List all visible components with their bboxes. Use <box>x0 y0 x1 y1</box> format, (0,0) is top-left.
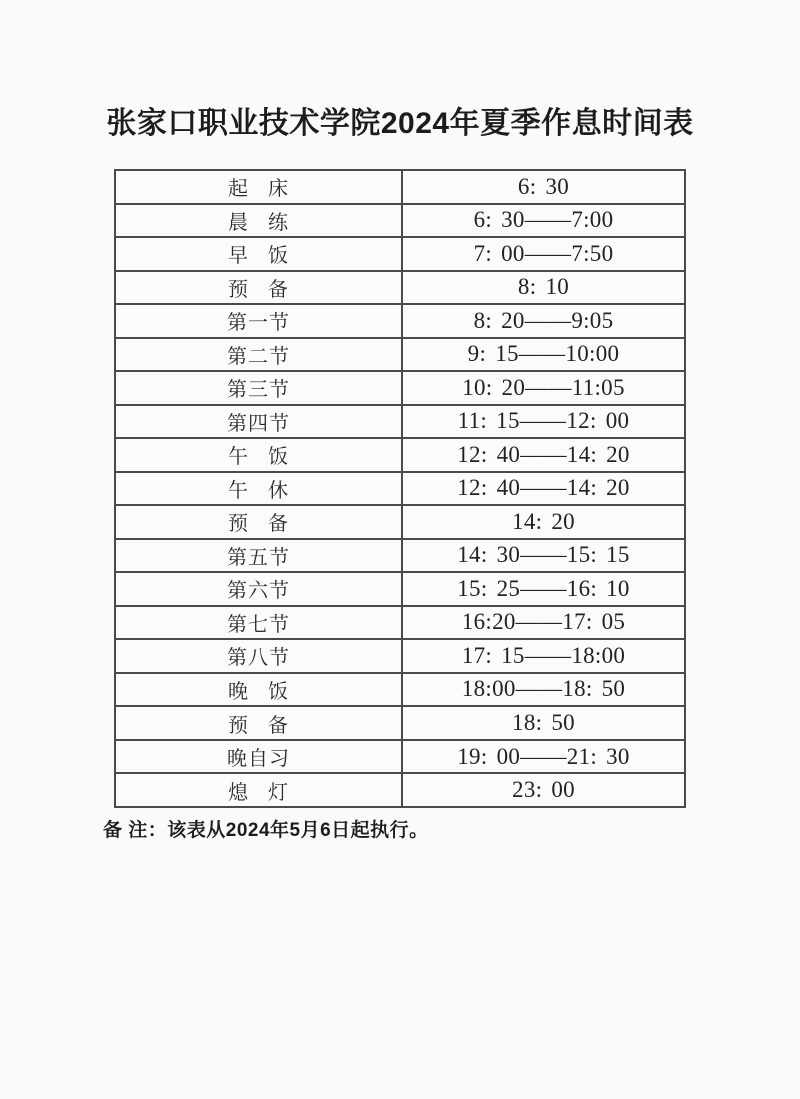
activity-cell: 熄 灯 <box>115 773 402 807</box>
activity-cell: 晚自习 <box>115 740 402 774</box>
time-cell: 6: 30 <box>402 170 685 204</box>
table-row: 第二节 9: 15——10:00 <box>115 338 685 372</box>
table-row: 第六节 15: 25——16: 10 <box>115 572 685 606</box>
time-cell: 9: 15——10:00 <box>402 338 685 372</box>
table-row: 午 饭 12: 40——14: 20 <box>115 438 685 472</box>
page-title: 张家口职业技术学院2024年夏季作息时间表 <box>0 106 800 142</box>
document-page: 张家口职业技术学院2024年夏季作息时间表 起 床 6: 30 晨 练 6: 3… <box>0 0 800 1099</box>
table-row: 晨 练 6: 30——7:00 <box>115 204 685 238</box>
activity-cell: 预 备 <box>115 505 402 539</box>
table-row: 第八节 17: 15——18:00 <box>115 639 685 673</box>
time-cell: 16:20——17: 05 <box>402 606 685 640</box>
table-row: 起 床 6: 30 <box>115 170 685 204</box>
activity-cell: 预 备 <box>115 271 402 305</box>
activity-cell: 预 备 <box>115 706 402 740</box>
activity-cell: 第七节 <box>115 606 402 640</box>
time-cell: 18:00——18: 50 <box>402 673 685 707</box>
table-row: 第七节 16:20——17: 05 <box>115 606 685 640</box>
activity-cell: 第一节 <box>115 304 402 338</box>
time-cell: 19: 00——21: 30 <box>402 740 685 774</box>
time-cell: 23: 00 <box>402 773 685 807</box>
activity-cell: 午 饭 <box>115 438 402 472</box>
time-cell: 14: 20 <box>402 505 685 539</box>
time-cell: 7: 00——7:50 <box>402 237 685 271</box>
time-cell: 17: 15——18:00 <box>402 639 685 673</box>
schedule-table-body: 起 床 6: 30 晨 练 6: 30——7:00 早 饭 7: 00——7:5… <box>115 170 685 807</box>
time-cell: 12: 40——14: 20 <box>402 438 685 472</box>
activity-cell: 晚 饭 <box>115 673 402 707</box>
table-row: 第一节 8: 20——9:05 <box>115 304 685 338</box>
activity-cell: 早 饭 <box>115 237 402 271</box>
activity-cell: 第四节 <box>115 405 402 439</box>
time-cell: 14: 30——15: 15 <box>402 539 685 573</box>
time-cell: 6: 30——7:00 <box>402 204 685 238</box>
table-row: 第三节 10: 20——11:05 <box>115 371 685 405</box>
table-row: 晚自习 19: 00——21: 30 <box>115 740 685 774</box>
activity-cell: 第六节 <box>115 572 402 606</box>
table-row: 晚 饭 18:00——18: 50 <box>115 673 685 707</box>
activity-cell: 第二节 <box>115 338 402 372</box>
time-cell: 12: 40——14: 20 <box>402 472 685 506</box>
time-cell: 11: 15——12: 00 <box>402 405 685 439</box>
table-row: 第四节 11: 15——12: 00 <box>115 405 685 439</box>
table-row: 午 休 12: 40——14: 20 <box>115 472 685 506</box>
time-cell: 15: 25——16: 10 <box>402 572 685 606</box>
activity-cell: 第五节 <box>115 539 402 573</box>
table-row: 早 饭 7: 00——7:50 <box>115 237 685 271</box>
activity-cell: 晨 练 <box>115 204 402 238</box>
table-row: 第五节 14: 30——15: 15 <box>115 539 685 573</box>
table-row: 预 备 8: 10 <box>115 271 685 305</box>
time-cell: 8: 20——9:05 <box>402 304 685 338</box>
time-cell: 8: 10 <box>402 271 685 305</box>
schedule-table: 起 床 6: 30 晨 练 6: 30——7:00 早 饭 7: 00——7:5… <box>114 169 686 808</box>
activity-cell: 第三节 <box>115 371 402 405</box>
activity-cell: 起 床 <box>115 170 402 204</box>
footnote: 备 注：该表从2024年5月6日起执行。 <box>103 819 429 844</box>
activity-cell: 第八节 <box>115 639 402 673</box>
activity-cell: 午 休 <box>115 472 402 506</box>
time-cell: 10: 20——11:05 <box>402 371 685 405</box>
time-cell: 18: 50 <box>402 706 685 740</box>
table-row: 预 备 18: 50 <box>115 706 685 740</box>
table-row: 预 备 14: 20 <box>115 505 685 539</box>
table-row: 熄 灯 23: 00 <box>115 773 685 807</box>
